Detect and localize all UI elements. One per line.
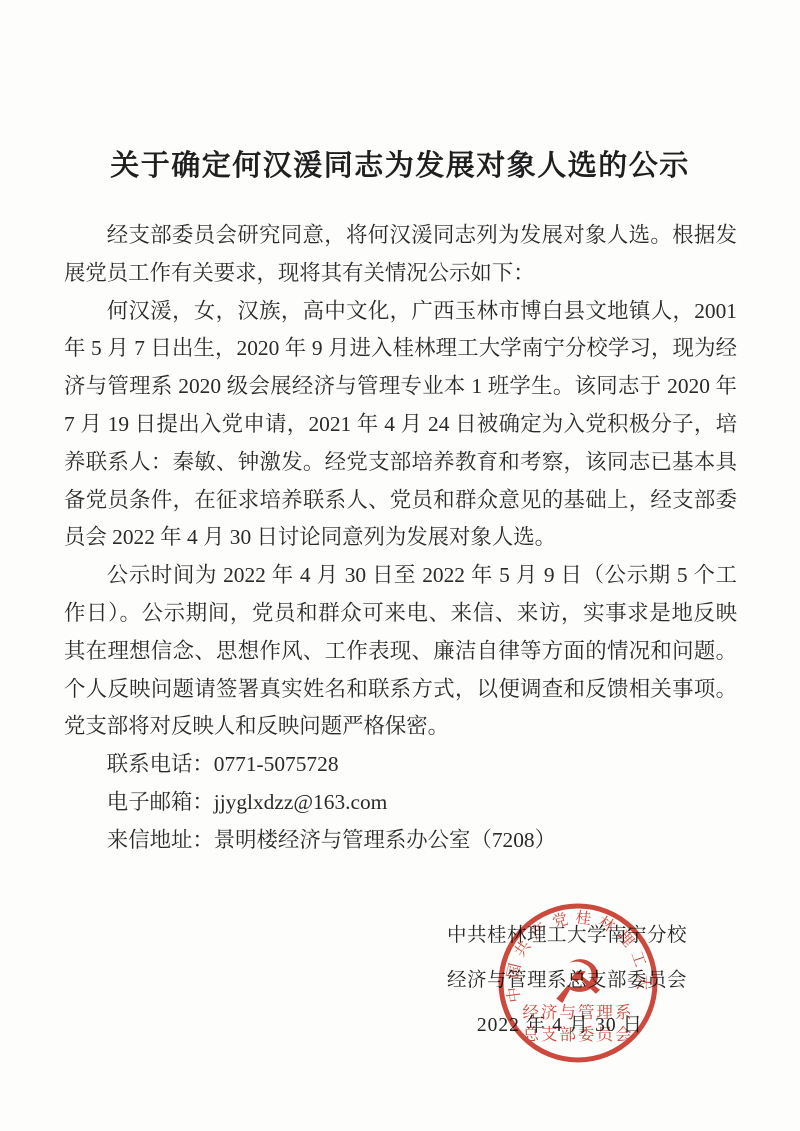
document-body: 经支部委员会研究同意，将何汉湲同志列为发展对象人选。根据发展党员工作有关要求，现…	[64, 217, 737, 860]
signature-org-line1: 中共桂林理工大学南宁分校	[447, 913, 687, 958]
paragraph-intro: 经支部委员会研究同意，将何汉湲同志列为发展对象人选。根据发展党员工作有关要求，现…	[64, 217, 737, 293]
document-page: 关于确定何汉湲同志为发展对象人选的公示 经支部委员会研究同意，将何汉湲同志列为发…	[0, 0, 800, 1131]
signature-date: 2022 年 4 月 30 日	[447, 1003, 687, 1048]
contact-email: 电子邮箱：jjyglxdzz@163.com	[64, 784, 737, 822]
paragraph-candidate-profile: 何汉湲，女，汉族，高中文化，广西玉林市博白县文地镇人，2001 年 5 月 7 …	[64, 293, 737, 558]
contact-address: 来信地址：景明楼经济与管理系办公室（7208）	[64, 822, 737, 860]
paragraph-publicity-period: 公示时间为 2022 年 4 月 30 日至 2022 年 5 月 9 日（公示…	[64, 557, 737, 746]
contact-phone: 联系电话：0771-5075728	[64, 746, 737, 784]
signature-block: 中共桂林理工大学南宁分校 经济与管理系总支部委员会 2022 年 4 月 30 …	[447, 913, 687, 1048]
signature-org-line2: 经济与管理系总支部委员会	[447, 958, 687, 1003]
document-title: 关于确定何汉湲同志为发展对象人选的公示	[0, 0, 800, 184]
